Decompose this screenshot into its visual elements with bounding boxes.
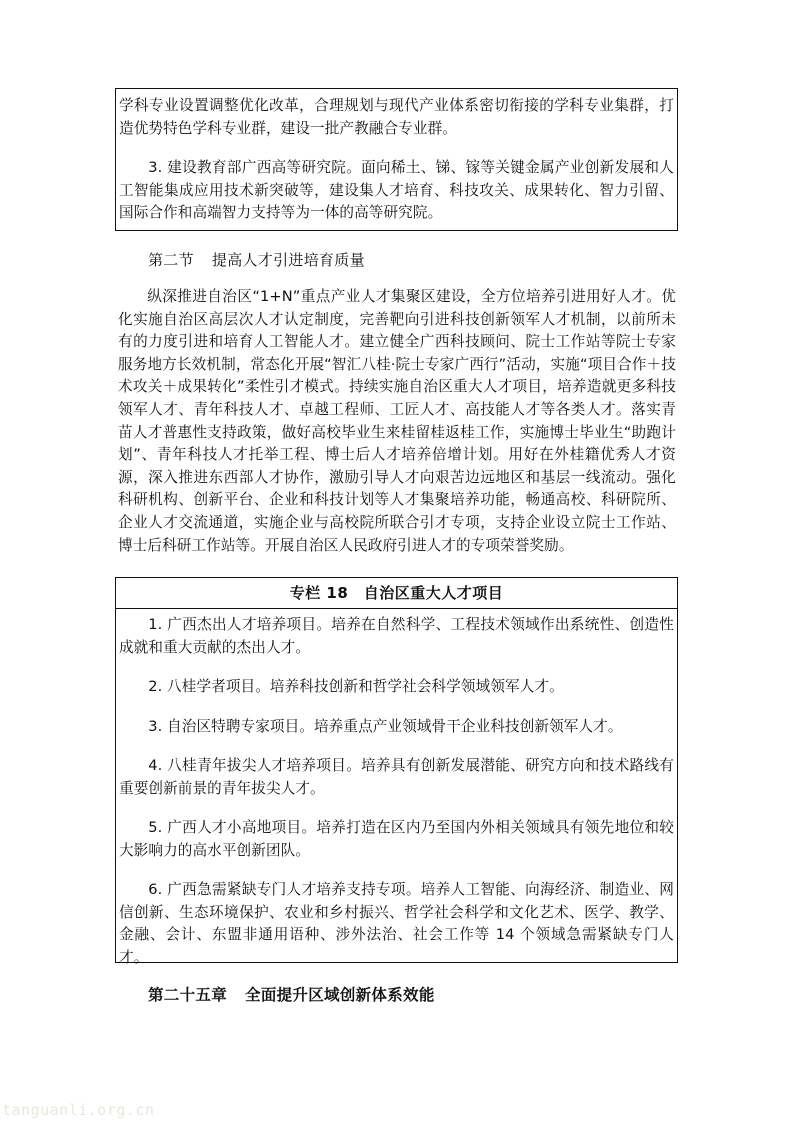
watermark-text: tanguanli.org.cn [2,1101,155,1119]
section-number: 第二节 [148,251,194,269]
section-title: 提高人才引进培育质量 [212,251,365,269]
body-text: 纵深推进自治区“1+N”重点产业人才集聚区建设，全方位培养引进用好人才。优化实施… [118,286,676,557]
box-paragraph: 3. 建设教育部广西高等研究院。面向稀土、锑、镓等关键金属产业创新发展和人工智能… [119,157,674,225]
column-item: 6. 广西急需紧缺专门人才培养支持专项。培养人工智能、向海经济、制造业、网信创新… [119,879,674,969]
column-item: 5. 广西人才小高地项目。培养打造在区内乃至国内外相关领域具有领先地位和较大影响… [119,817,674,862]
column-item: 2. 八桂学者项目。培养科技创新和哲学社会科学领域领军人才。 [119,676,674,699]
section-heading: 第二节提高人才引进培育质量 [148,249,365,271]
chapter-number: 第二十五章 [148,986,227,1004]
column-item: 3. 自治区特聘专家项目。培养重点产业领域骨干企业科技创新领军人才。 [119,716,674,739]
continued-column-box: 学科专业设置调整优化改革，合理规划与现代产业体系密切衔接的学科专业集群，打造优势… [115,88,678,231]
document-page: 学科专业设置调整优化改革，合理规划与现代产业体系密切衔接的学科专业集群，打造优势… [0,0,793,1122]
column-item: 4. 八桂青年拔尖人才培养项目。培养具有创新发展潜能、研究方向和技术路线有重要创… [119,755,674,800]
chapter-title: 全面提升区域创新体系效能 [245,986,435,1004]
box-paragraph: 学科专业设置调整优化改革，合理规划与现代产业体系密切衔接的学科专业集群，打造优势… [119,95,674,140]
column-box-body: 1. 广西杰出人才培养项目。培养在自然科学、工程技术领域作出系统性、创造性成就和… [116,609,677,969]
column-item: 1. 广西杰出人才培养项目。培养在自然科学、工程技术领域作出系统性、创造性成就和… [119,614,674,659]
chapter-heading: 第二十五章全面提升区域创新体系效能 [148,984,435,1006]
column-box-title: 专栏 18 自治区重大人才项目 [116,578,677,609]
body-paragraph: 纵深推进自治区“1+N”重点产业人才集聚区建设，全方位培养引进用好人才。优化实施… [118,286,676,557]
column-box-18: 专栏 18 自治区重大人才项目 1. 广西杰出人才培养项目。培养在自然科学、工程… [115,577,678,963]
